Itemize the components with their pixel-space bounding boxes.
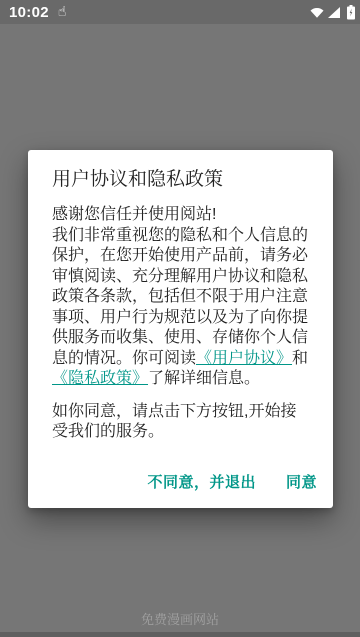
background-site-label: 免费漫画网站: [0, 609, 360, 628]
agree-button[interactable]: 同意: [278, 461, 325, 502]
bottom-edge-strip: [0, 632, 360, 637]
wifi-icon: [310, 7, 324, 18]
touch-indicator-icon: ☝: [58, 4, 67, 18]
status-bar: 10:02 ☝: [0, 0, 360, 24]
user-agreement-link[interactable]: 《用户协议》: [196, 350, 292, 367]
clock-time: 10:02: [9, 4, 49, 21]
dialog-message: 感谢您信任并使用阅站!我们非常重视您的隐私和个人信息的保护，在您开始使用产品前，…: [52, 205, 309, 390]
battery-charging-icon: [347, 5, 355, 20]
disagree-exit-button[interactable]: 不同意，并退出: [139, 461, 264, 502]
greeting-text: 感谢您信任并使用阅站!: [52, 206, 216, 223]
status-icons: [310, 5, 355, 20]
policy-description-tail: 了解详细信息。: [148, 370, 260, 387]
dialog-title: 用户协议和隐私政策: [52, 168, 309, 192]
privacy-policy-dialog: 用户协议和隐私政策 感谢您信任并使用阅站!我们非常重视您的隐私和个人信息的保护，…: [28, 150, 333, 508]
privacy-policy-link[interactable]: 《隐私政策》: [52, 370, 148, 387]
cellular-signal-icon: [328, 7, 340, 18]
dialog-actions: 不同意，并退出 同意: [139, 461, 325, 502]
policy-description-text: 我们非常重视您的隐私和个人信息的保护，在您开始使用产品前，请务必审慎阅读、充分理…: [52, 227, 308, 367]
conjunction-text: 和: [292, 350, 308, 367]
consent-instruction-text: 如你同意，请点击下方按钮,开始接受我们的服务。: [52, 402, 309, 443]
